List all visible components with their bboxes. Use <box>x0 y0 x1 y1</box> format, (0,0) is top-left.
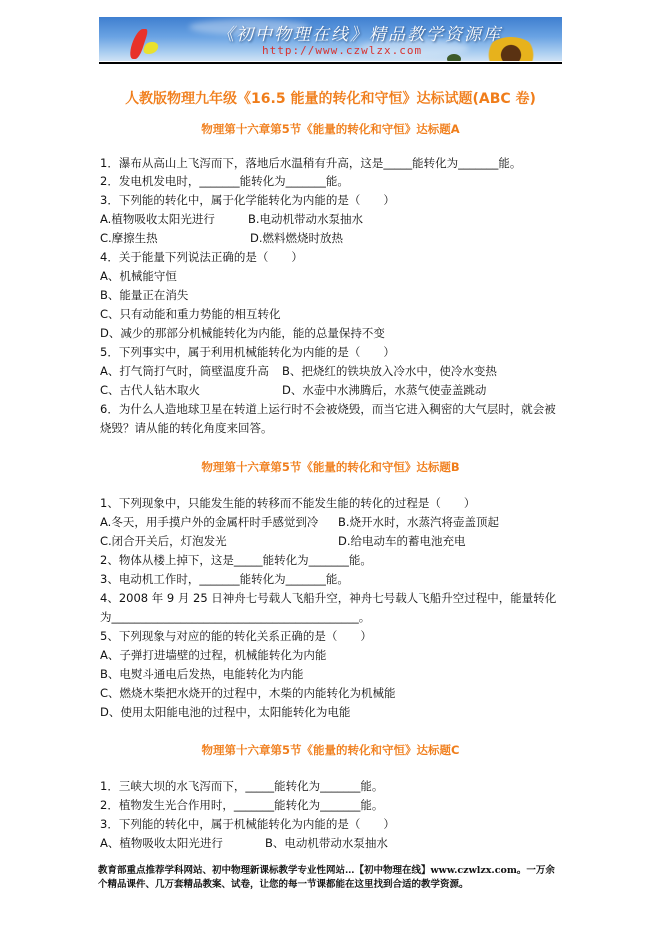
question-line: 4．关于能量下列说法正确的是（ ） <box>100 249 303 265</box>
option-row: C.摩擦生热 D.燃料燃烧时放热 <box>100 230 560 246</box>
question-line: 1．三峡大坝的水飞泻而下，_____能转化为_______能。 <box>100 778 383 794</box>
option-line: D、减少的那部分机械能转化为内能，能的总量保持不变 <box>100 325 385 341</box>
option-a: A、植物吸收太阳光进行 <box>100 836 223 850</box>
option-line: C、只有动能和重力势能的相互转化 <box>100 306 281 322</box>
option-c: C.摩擦生热 <box>100 231 158 245</box>
option-line: B、能量正在消失 <box>100 287 188 303</box>
question-line: 4、2008 年 9 月 25 日神舟七号载人飞船升空，神舟七号载人飞船升空过程… <box>100 590 556 606</box>
question-line: 3、电动机工作时，_______能转化为_______能。 <box>100 571 349 587</box>
option-row: C.闭合开关后，灯泡发光 D.给电动车的蓄电池充电 <box>100 533 560 549</box>
footer-line-2: 个精品课件、几万套精品教案、试卷，让您的每一节课都能在这里找到合适的教学资源。 <box>98 876 469 890</box>
option-line: D、使用太阳能电池的过程中，太阳能转化为电能 <box>100 704 350 720</box>
option-d: D、水壶中水沸腾后，水蒸气使壶盖跳动 <box>282 382 486 398</box>
question-line: 3．下列能的转化中，属于机械能转化为内能的是（ ） <box>100 816 395 832</box>
logo-icon-accent <box>142 42 160 54</box>
option-a: A.冬天，用手摸户外的金属杆时手感觉到冷 <box>100 515 318 529</box>
banner-url: http://www.czwlzx.com <box>262 44 422 57</box>
option-d: D.给电动车的蓄电池充电 <box>338 533 466 549</box>
banner-divider <box>99 62 562 64</box>
option-b: B.烧开水时，水蒸汽将壶盖顶起 <box>338 514 499 530</box>
option-c: C.闭合开关后，灯泡发光 <box>100 534 227 548</box>
option-b: B、把烧红的铁块放入冷水中，使冷水变热 <box>282 363 497 379</box>
question-line: 烧毁？请从能的转化角度来回答。 <box>100 420 273 436</box>
question-line: 5．下列事实中，属于利用机械能转化为内能的是（ ） <box>100 344 395 360</box>
question-line: 5、下列现象与对应的能的转化关系正确的是（ ） <box>100 628 372 644</box>
question-line: 2．发电机发电时，_______能转化为_______能。 <box>100 173 349 189</box>
section-heading-a: 物理第十六章第5节《能量的转化和守恒》达标题A <box>0 121 661 137</box>
document-title: 人教版物理九年级《16.5 能量的转化和守恒》达标试题(ABC 卷) <box>0 88 661 108</box>
question-line: 1、下列现象中，只能发生能的转移而不能发生能的转化的过程是（ ） <box>100 495 475 511</box>
question-line: 2、物体从楼上掉下，这是_____能转化为_______能。 <box>100 552 372 568</box>
option-a: A.植物吸收太阳光进行 <box>100 212 215 226</box>
leaf-decoration <box>447 54 461 61</box>
option-row: C、古代人钻木取火 D、水壶中水沸腾后，水蒸气使壶盖跳动 <box>100 382 560 398</box>
question-line: 2．植物发生光合作用时，_______能转化为_______能。 <box>100 797 383 813</box>
option-line: B、电熨斗通电后发热，电能转化为内能 <box>100 666 303 682</box>
section-heading-b: 物理第十六章第5节《能量的转化和守恒》达标题B <box>0 459 661 475</box>
option-row: A、打气筒打气时，筒壁温度升高 B、把烧红的铁块放入冷水中，使冷水变热 <box>100 363 560 379</box>
option-c: C、古代人钻木取火 <box>100 383 200 397</box>
section-heading-c: 物理第十六章第5节《能量的转化和守恒》达标题C <box>0 742 661 758</box>
question-line: 3．下列能的转化中，属于化学能转化为内能的是（ ） <box>100 192 395 208</box>
option-b: B、电动机带动水泵抽水 <box>265 835 388 851</box>
option-d: D.燃料燃烧时放热 <box>250 230 343 246</box>
option-b: B.电动机带动水泵抽水 <box>248 211 363 227</box>
option-row: A、植物吸收太阳光进行 B、电动机带动水泵抽水 <box>100 835 560 851</box>
option-row: A.冬天，用手摸户外的金属杆时手感觉到冷 B.烧开水时，水蒸汽将壶盖顶起 <box>100 514 560 530</box>
banner-title: 《初中物理在线》精品教学资源库 <box>217 20 502 45</box>
question-line: 6．为什么人造地球卫星在转道上运行时不会被烧毁，而当它进入稠密的大气层时，就会被 <box>100 401 556 417</box>
option-a: A、打气筒打气时，筒壁温度升高 <box>100 364 269 378</box>
question-line: 1．瀑布从高山上飞泻而下，落地后水温稍有升高，这是_____能转化为______… <box>100 155 521 171</box>
option-row: A.植物吸收太阳光进行 B.电动机带动水泵抽水 <box>100 211 560 227</box>
option-line: A、子弹打进墙壁的过程，机械能转化为内能 <box>100 647 326 663</box>
option-line: C、燃烧木柴把水烧开的过程中，木柴的内能转化为机械能 <box>100 685 396 701</box>
option-line: A、机械能守恒 <box>100 268 177 284</box>
site-banner: 《初中物理在线》精品教学资源库 http://www.czwlzx.com <box>99 17 562 61</box>
question-line: 为_______________________________________… <box>100 609 370 625</box>
footer-line-1: 教育部重点推荐学科网站、初中物理新课标教学专业性网站…【初中物理在线】www.c… <box>98 862 555 876</box>
